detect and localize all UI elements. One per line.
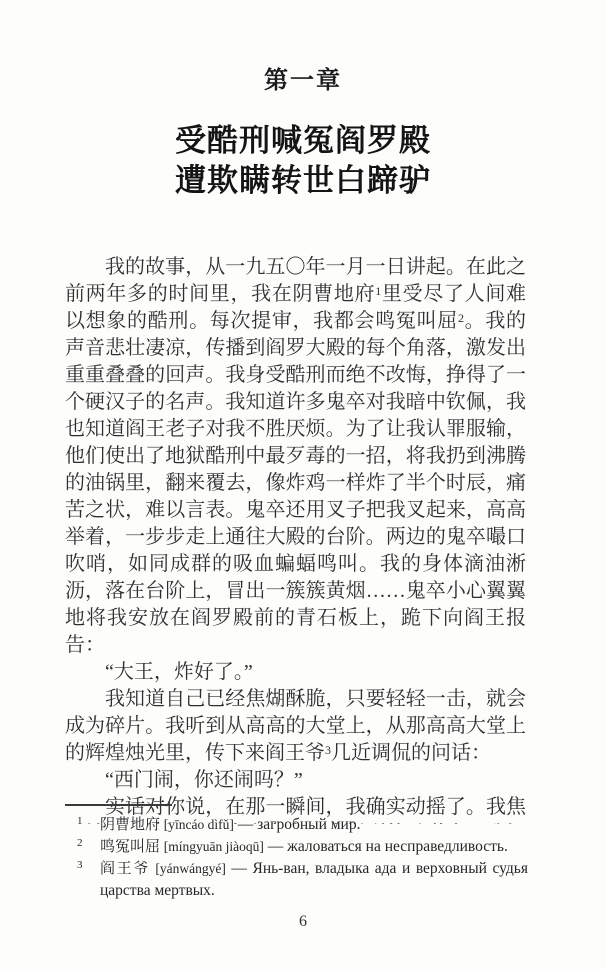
chapter-title: 受酷刑喊冤阎罗殿 遭欺瞒转世白蹄驴 (0, 121, 606, 201)
chapter-heading: 第一章 (0, 0, 606, 95)
footnote-ref-2: 2 (458, 311, 464, 325)
footnote-translation: — загробный мир. (234, 816, 361, 833)
footnote-term: 阴曹地府 (100, 817, 164, 833)
footnote-2: 2鸣冤叫屈 [míngyuān jiàoqū] — жаловаться на … (65, 836, 528, 858)
footnote-ref-1: 1 (375, 284, 381, 298)
paragraph: 我的故事，从一九五〇年一月一日讲起。在此之前两年多的时间里，我在阴曹地府1里受尽… (65, 254, 526, 659)
paragraph: “西门闹，你还闹吗？” (65, 767, 526, 794)
chapter-title-line-2: 遭欺瞒转世白蹄驴 (0, 161, 606, 201)
footnote-pinyin: [yīncáo dìfǔ] (164, 817, 234, 832)
footnote-term: 阎王爷 (100, 861, 155, 877)
footnotes: 1阴曹地府 [yīncáo dìfǔ] — загробный мир.2鸣冤叫… (65, 804, 528, 902)
footnote-number: 1 (77, 816, 83, 827)
footnote-translation: — жаловаться на несправедливость. (264, 838, 508, 855)
body-text: 我的故事，从一九五〇年一月一日讲起。在此之前两年多的时间里，我在阴曹地府1里受尽… (65, 254, 526, 824)
book-page: 第一章 受酷刑喊冤阎罗殿 遭欺瞒转世白蹄驴 我的故事，从一九五〇年一月一日讲起。… (0, 0, 606, 970)
footnote-number: 2 (77, 838, 83, 849)
footnote-1: 1阴曹地府 [yīncáo dìfǔ] — загробный мир. (65, 814, 528, 836)
footnote-ref-3: 3 (325, 743, 331, 757)
paragraph: “大王，炸好了。” (65, 659, 526, 686)
footnote-number: 3 (77, 860, 83, 871)
paragraph: 我知道自己已经焦煳酥脆，只要轻轻一击，就会成为碎片。我听到从高高的大堂上，从那高… (65, 686, 526, 767)
footnote-pinyin: [yánwángyé] (155, 861, 225, 876)
footnote-list: 1阴曹地府 [yīncáo dìfǔ] — загробный мир.2鸣冤叫… (65, 814, 528, 902)
page-number: 6 (0, 913, 606, 931)
footnote-pinyin: [míngyuān jiàoqū] (164, 839, 264, 854)
footnote-separator (65, 804, 172, 806)
footnote-term: 鸣冤叫屈 (100, 839, 164, 855)
chapter-title-line-1: 受酷刑喊冤阎罗殿 (0, 121, 606, 161)
footnote-3: 3阎王爷 [yánwángyé] — Янь-ван, владыка ада … (65, 858, 528, 902)
